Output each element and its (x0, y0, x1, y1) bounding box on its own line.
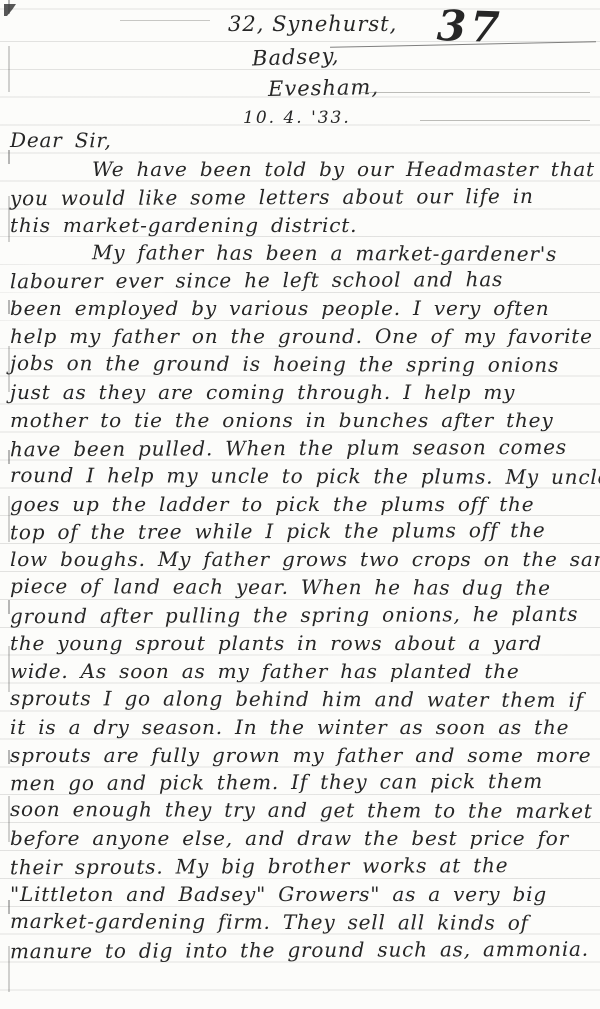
body-line: their sprouts. My big brother works at t… (0, 852, 600, 883)
rule-fragment (120, 20, 210, 21)
rule-fragment (360, 92, 590, 93)
address-line-2: Badsey, (252, 43, 340, 70)
body-line: "Littleton and Badsey" Growers" as a ver… (0, 881, 600, 909)
body-line: low boughs. My father grows two crops on… (0, 546, 600, 574)
body-line: sprouts I go along behind him and water … (0, 685, 600, 715)
body-line: the young sprout plants in rows about a … (0, 630, 600, 658)
body-line: men go and pick them. If they can pick t… (0, 768, 600, 799)
letter-date: 10. 4. '33. (243, 108, 351, 128)
letter-page: 32, Synehurst, Badsey, Evesham, 10. 4. '… (0, 0, 600, 1009)
scan-edge-mark (4, 4, 16, 16)
body-line: round I help my uncle to pick the plums.… (0, 462, 600, 492)
address-line-1: 32, Synehurst, (228, 12, 397, 36)
body-line: you would like some letters about our li… (0, 182, 600, 213)
body-line: it is a dry season. In the winter as soo… (0, 714, 600, 742)
body-line: been employed by various people. I very … (0, 295, 600, 323)
body-line: goes up the ladder to pick the plums off… (0, 491, 600, 519)
body-line: mother to tie the onions in bunches afte… (0, 407, 600, 435)
body-line: top of the tree while I pick the plums o… (0, 517, 600, 548)
body-line: labourer ever since he left school and h… (0, 266, 600, 297)
body-line: My father has been a market-gardener's (0, 239, 600, 269)
letter-body: Dear Sir, We have been told by our Headm… (0, 128, 600, 965)
body-line: help my father on the ground. One of my … (0, 323, 600, 351)
body-line: manure to dig into the ground such as, a… (0, 936, 600, 967)
address-line-3: Evesham, (268, 75, 379, 101)
body-line: this market-gardening district. (0, 212, 600, 240)
body-line: piece of land each year. When he has dug… (0, 573, 600, 603)
body-line: We have been told by our Headmaster that (0, 156, 600, 184)
body-line: soon enough they try and get them to the… (0, 796, 600, 826)
body-line: sprouts are fully grown my father and so… (0, 742, 600, 770)
body-line: just as they are coming through. I help … (0, 379, 600, 407)
salutation: Dear Sir, (0, 127, 600, 157)
body-line: before anyone else, and draw the best pr… (0, 825, 600, 853)
body-line: jobs on the ground is hoeing the spring … (0, 350, 600, 380)
body-line: market-gardening firm. They sell all kin… (0, 908, 600, 938)
body-line: wide. As soon as my father has planted t… (0, 658, 600, 686)
rule-fragment (420, 120, 590, 121)
body-line: ground after pulling the spring onions, … (0, 601, 600, 632)
body-line: have been pulled. When the plum season c… (0, 433, 600, 464)
